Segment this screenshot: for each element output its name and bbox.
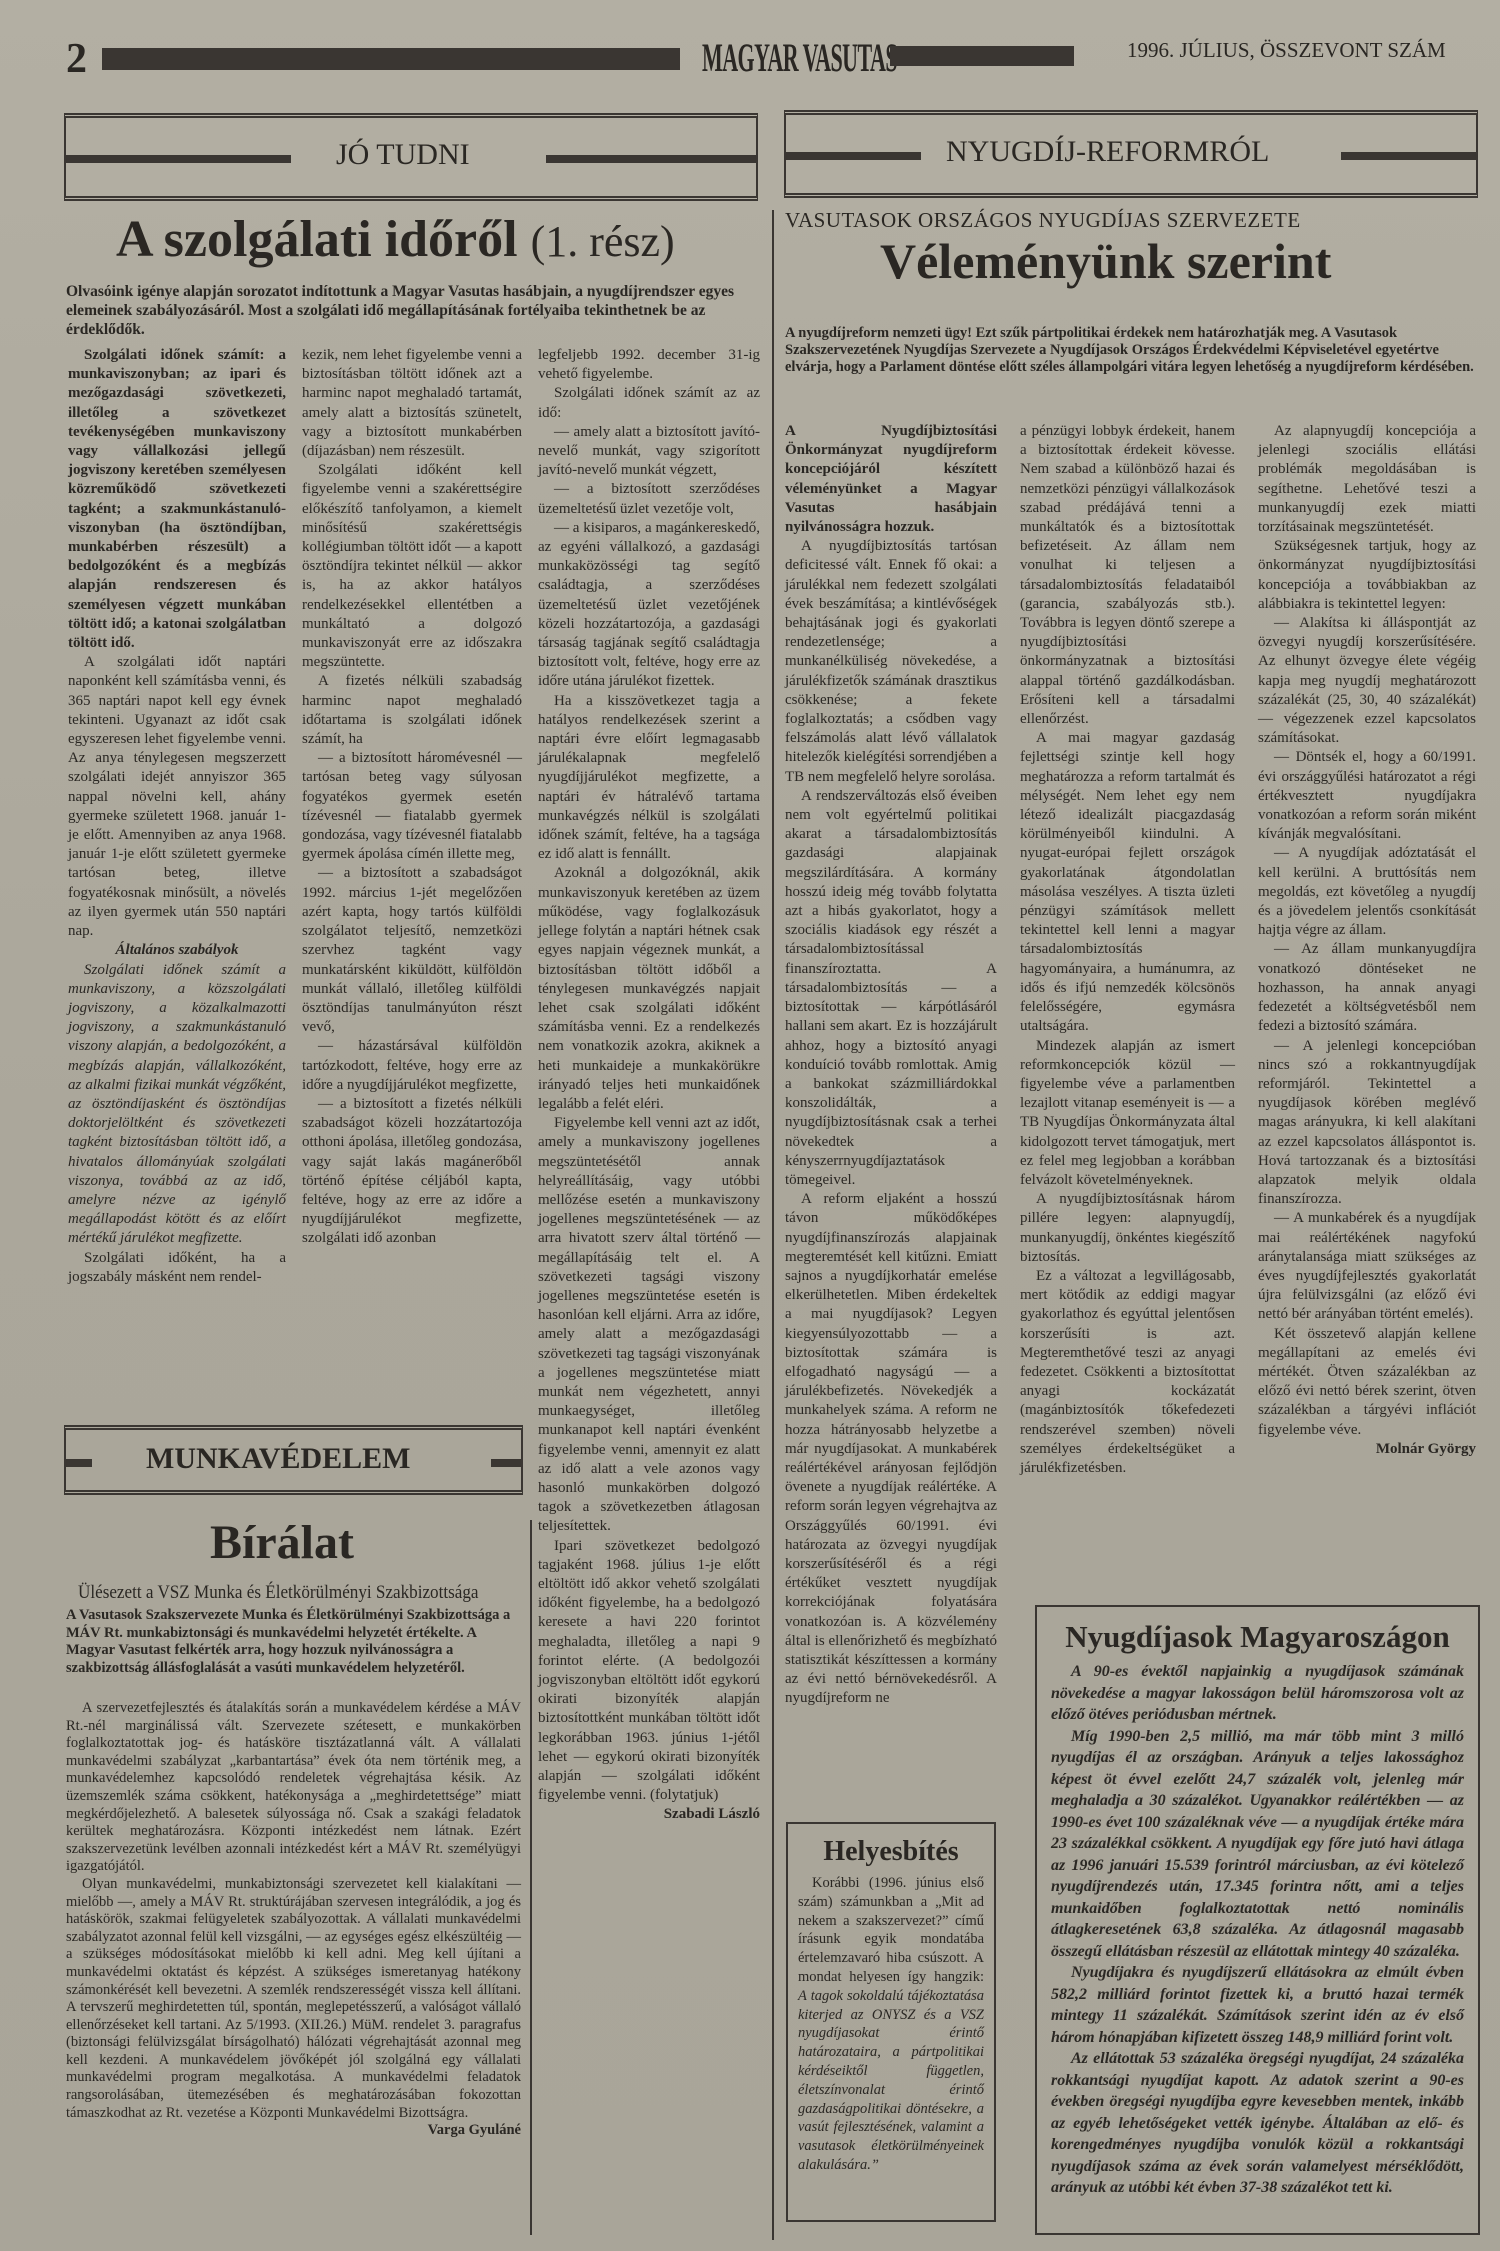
paragraph: — Döntsék el, hogy a 60/1991. évi ország…: [1258, 748, 1476, 844]
paragraph: Szükségesnek tartjuk, hogy az önkormányz…: [1258, 537, 1476, 614]
paragraph: Szolgálati időnek számít a munkaviszony,…: [68, 961, 286, 1249]
paragraph: Két összetevő alapján kellene megállapít…: [1258, 1325, 1476, 1440]
author-signature: Szabadi László: [538, 1805, 760, 1824]
article-column-1: A Nyugdíjbiztosítási Önkormányzat nyugdí…: [785, 422, 997, 1709]
paragraph: a pénzügyi lobbyk érdekeit, hanem a bizt…: [1020, 422, 1235, 729]
paragraph: Figyelembe kell venni azt az időt, amely…: [538, 1114, 760, 1536]
paragraph: — Alakítsa ki álláspontját az özvegyi ny…: [1258, 614, 1476, 748]
paragraph: Mindezek alapján az ismert reformkoncepc…: [1020, 1037, 1235, 1191]
author-signature: Varga Gyuláné: [66, 2122, 521, 2140]
statistics-box-title: Nyugdíjasok Magyaroszágon: [1051, 1619, 1464, 1655]
article-subheadline: Ülésezett a VSZ Munka és Életkörülményi …: [78, 1582, 478, 1604]
column-divider: [530, 1520, 532, 2235]
banner-rule-left: [786, 152, 921, 160]
paragraph: — házastársával külföldön tartózkodott, …: [302, 1037, 522, 1095]
paragraph: Az ellátottak 53 százaléka öregségi nyug…: [1051, 2048, 1464, 2199]
paragraph: A reform eljaként a hosszú távon működők…: [785, 1190, 997, 1708]
paragraph: legfeljebb 1992. december 31-ig vehető f…: [538, 346, 760, 384]
paragraph: — A munkabérek és a nyugdíjak mai reálér…: [1258, 1209, 1476, 1324]
paragraph: — a biztosított a szabadságot 1992. márc…: [302, 864, 522, 1037]
paragraph: Szolgálati időnek számít az az idő:: [538, 384, 760, 422]
paragraph: — a biztosított háromévesnél — tartósan …: [302, 749, 522, 864]
headline-text: A szolgálati időről: [116, 211, 518, 268]
paragraph: — a biztosított szerződéses üzemeltetésű…: [538, 480, 760, 518]
section-banner-munkavedelem: MUNKAVÉDELEM: [64, 1425, 523, 1495]
paragraph: Szolgálati időként kell figyelembe venni…: [302, 461, 522, 672]
section-banner-jo-tudni: JÓ TUDNI: [64, 113, 758, 201]
headline-suffix: (1. rész): [531, 217, 675, 266]
publication-title: MAGYAR VASUTAS: [702, 34, 897, 81]
paragraph: Ha a kisszövetkezet tagja a hatályos ren…: [538, 692, 760, 865]
paragraph-bold: A Nyugdíjbiztosítási Önkormányzat nyugdí…: [785, 422, 997, 537]
paragraph: Azoknál a dolgozóknál, akik munkaviszony…: [538, 864, 760, 1114]
correction-text: Korábbi (1996. június első szám) számunk…: [798, 1875, 984, 1985]
paragraph: Korábbi (1996. június első szám) számunk…: [798, 1874, 984, 2175]
article-column-2: kezik, nem lehet figyelembe venni a bizt…: [302, 346, 522, 1249]
article-body: A szervezetfejlesztés és átalakítás sorá…: [66, 1700, 521, 2140]
page-number: 2: [66, 38, 87, 80]
article-column-1: Szolgálati időnek számít: a munkaviszony…: [68, 346, 286, 1287]
paragraph: — Az állam munkanyugdíjra vonatkozó dönt…: [1258, 940, 1476, 1036]
paragraph: A szolgálati időt naptári naponként kell…: [68, 653, 286, 941]
newspaper-page: 2 MAGYAR VASUTAS 1996. JÚLIUS, ÖSSZEVONT…: [0, 0, 1500, 2251]
paragraph: Ipari szövetkezet bedolgozó tagjaként 19…: [538, 1537, 760, 1806]
paragraph: Ez a változat a legvillágosabb, mert köt…: [1020, 1267, 1235, 1478]
paragraph: — A nyugdíjak adóztatását el kell kerüln…: [1258, 844, 1476, 940]
correction-title: Helyesbítés: [798, 1836, 984, 1868]
banner-rule-right: [1341, 152, 1476, 160]
paragraph: A mai magyar gazdaság fejlettségi szintj…: [1020, 729, 1235, 1036]
section-label: JÓ TUDNI: [336, 138, 470, 172]
statistics-box-body: A 90-es évektől napjainkig a nyugdíjasok…: [1051, 1661, 1464, 2199]
correction-quote: A tagok sokoldalú tájékoztatása kiterjed…: [798, 1988, 984, 2173]
masthead: 2 MAGYAR VASUTAS 1996. JÚLIUS, ÖSSZEVONT…: [62, 30, 1480, 80]
column-divider: [772, 210, 774, 2240]
paragraph: Nyugdíjakra és nyugdíjszerű ellátásokra …: [1051, 1962, 1464, 2048]
paragraph: Az alapnyugdíj koncepciója a jelenlegi s…: [1258, 422, 1476, 537]
statistics-box: Nyugdíjasok Magyaroszágon A 90-es évektő…: [1035, 1605, 1480, 2235]
paragraph: kezik, nem lehet figyelembe venni a bizt…: [302, 346, 522, 461]
article-column-3: legfeljebb 1992. december 31-ig vehető f…: [538, 346, 760, 1825]
headline-velemenyunk-szerint: Véleményünk szerint: [880, 232, 1331, 290]
paragraph: A nyugdíjbiztosításnak három pillére leg…: [1020, 1190, 1235, 1267]
paragraph: A 90-es évektől napjainkig a nyugdíjasok…: [1051, 1661, 1464, 1726]
article-lead: A nyugdíjreform nemzeti ügy! Ezt szűk pá…: [785, 325, 1480, 377]
section-label: MUNKAVÉDELEM: [146, 1442, 410, 1476]
paragraph: A nyugdíjbiztosítás tartósan deficitessé…: [785, 537, 997, 787]
author-signature: Molnár György: [1258, 1440, 1476, 1459]
paragraph-bold: Szolgálati időnek számít: a munkaviszony…: [68, 346, 286, 653]
section-banner-nyugdij-reformrol: NYUGDÍJ-REFORMRÓL: [784, 110, 1478, 198]
masthead-bar-left: [102, 48, 680, 70]
issue-date: 1996. JÚLIUS, ÖSSZEVONT SZÁM: [1127, 38, 1446, 63]
paragraph: — amely alatt a biztosított javító-nevel…: [538, 423, 760, 481]
paragraph: — a kisiparos, a magánkereskedő, az egyé…: [538, 519, 760, 692]
headline-szolgalati-idorol: A szolgálati időről (1. rész): [116, 210, 675, 269]
article-column-3: Az alapnyugdíj koncepciója a jelenlegi s…: [1258, 422, 1476, 1459]
paragraph: Szolgálati időként, ha a jogszabály másk…: [68, 1249, 286, 1287]
banner-rule-left: [66, 1459, 92, 1467]
article-kicker: VASUTASOK ORSZÁGOS NYUGDÍJAS SZERVEZETE: [785, 208, 1301, 233]
paragraph: A fizetés nélküli szabadság harminc napo…: [302, 672, 522, 749]
article-column-2: a pénzügyi lobbyk érdekeit, hanem a bizt…: [1020, 422, 1235, 1478]
paragraph: — A jelenlegi koncepcióban nincs szó a r…: [1258, 1037, 1476, 1210]
banner-rule-right: [546, 155, 756, 163]
section-label: NYUGDÍJ-REFORMRÓL: [946, 135, 1269, 169]
correction-body: Korábbi (1996. június első szám) számunk…: [798, 1874, 984, 2175]
paragraph: Olyan munkavédelmi, munkabiztonsági szer…: [66, 1876, 521, 2122]
banner-rule-left: [66, 155, 291, 163]
subheading: Általános szabályok: [68, 941, 286, 960]
masthead-bar-right: [890, 46, 1074, 66]
article-lead: A Vasutasok Szakszervezete Munka és Élet…: [66, 1607, 521, 1677]
correction-box: Helyesbítés Korábbi (1996. június első s…: [786, 1822, 996, 2222]
article-lead: Olvasóink igénye alapján sorozatot indít…: [66, 282, 756, 339]
banner-rule-right: [491, 1459, 521, 1467]
headline-biralat: Bírálat: [210, 1515, 354, 1570]
paragraph: Míg 1990-ben 2,5 millió, ma már több min…: [1051, 1726, 1464, 1963]
paragraph: A rendszerváltozás első éveiben nem volt…: [785, 787, 997, 1190]
paragraph: — a biztosított a fizetés nélküli szabad…: [302, 1095, 522, 1249]
paragraph: A szervezetfejlesztés és átalakítás sorá…: [66, 1700, 521, 1876]
